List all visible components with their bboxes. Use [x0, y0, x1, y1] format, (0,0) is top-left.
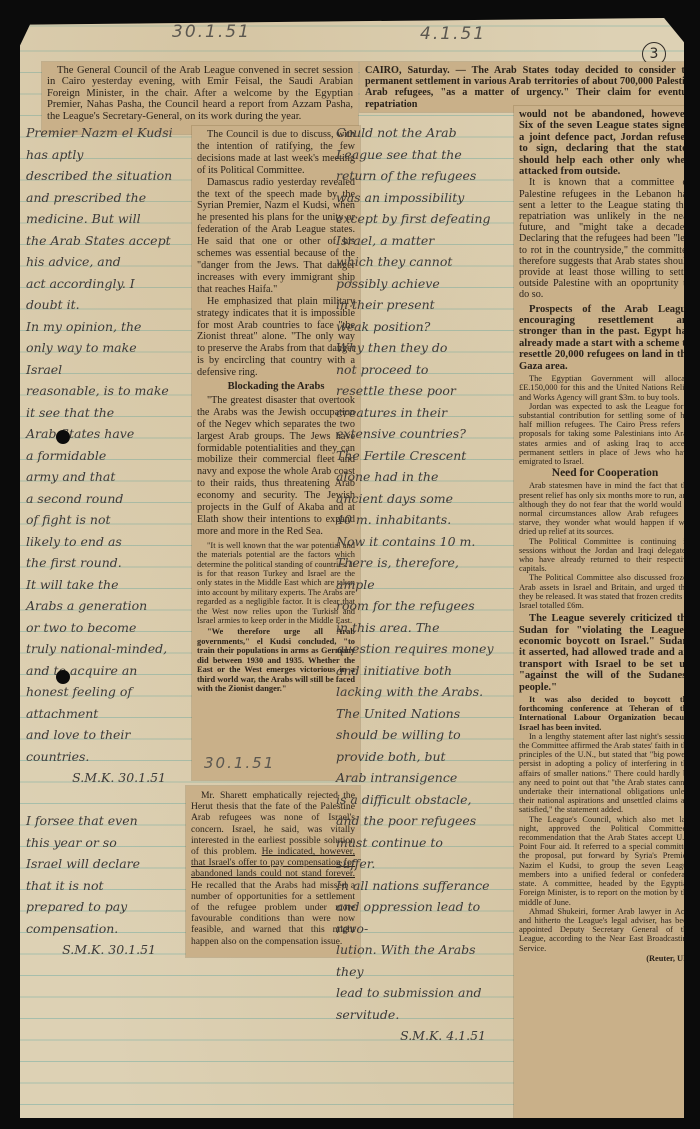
paragraph: The Political Committee also discussed f… [519, 573, 691, 610]
date-note-top-right: 4.1.51 [420, 24, 486, 44]
handwritten-line: should be willing to [336, 724, 496, 746]
handwritten-line: creatures in their [336, 402, 496, 424]
handwritten-line: provide both, but [336, 746, 496, 768]
handwritten-line: room for the refugees [336, 595, 496, 617]
handwritten-line: countries. [26, 746, 176, 768]
handwritten-line: ancient days some [336, 488, 496, 510]
paragraph: Ahmad Shukeiri, former Arab lawyer in Ac… [519, 907, 691, 953]
handwritten-line: Israel will declare [26, 853, 166, 875]
paragraph: "It is well known that the war potential… [197, 541, 355, 626]
paragraph: He emphasized that plain military strate… [197, 296, 355, 379]
handwritten-line: Arabs a generation [26, 595, 176, 617]
handwritten-line: extensive countries? [336, 423, 496, 445]
paragraph: "We therefore urge all Arab governments,… [197, 627, 355, 693]
handwritten-line: Israel, a matter [336, 230, 496, 252]
handwritten-line: alone had in the [336, 466, 496, 488]
paragraph: It was also decided to boycott the forth… [519, 695, 691, 732]
handwritten-line: 40 m. inhabitants. [336, 509, 496, 531]
handwritten-line: was an impossibility [336, 187, 496, 209]
handwritten-line: the Arab States accept [26, 230, 176, 252]
clipping-sharett: Mr. Sharett emphatically rejected the He… [186, 786, 360, 957]
handwritten-line: lution. With the Arabs they [336, 939, 496, 982]
cairo-lead-text: CAIRO, Saturday. — The Arab States today… [365, 65, 695, 110]
handwritten-line: prepared to pay [26, 896, 166, 918]
handwritten-line: There is, therefore, ample [336, 552, 496, 595]
signature: S.M.K. 4.1.51 [336, 1025, 496, 1047]
punch-hole [56, 670, 70, 684]
handwritten-line: a second round [26, 488, 176, 510]
handwritten-line: suffer. [336, 853, 496, 875]
handwritten-line: army and that [26, 466, 176, 488]
handwritten-line: and love to their [26, 724, 176, 746]
handwritten-line: Now it contains 10 m. [336, 531, 496, 553]
paragraph: Jordan was expected to ask the League fo… [519, 402, 691, 466]
handwritten-line: in this area. The [336, 617, 496, 639]
clipping-lead-text: The General Council of the Arab League c… [47, 65, 353, 122]
handwritten-line: return of the refugees [336, 165, 496, 187]
handwritten-line: is a difficult obstacle, [336, 789, 496, 811]
paragraph: In a lengthy statement after last night'… [519, 732, 691, 815]
handwritten-line: Arab intransigence [336, 767, 496, 789]
punch-hole [56, 430, 70, 444]
handwritten-line: must continue to [336, 832, 496, 854]
handwritten-line: honest feeling of [26, 681, 176, 703]
handwritten-line: that it is not [26, 875, 166, 897]
handwritten-line: and prescribed the [26, 187, 176, 209]
paragraph: The League severely criticized the Sudan… [519, 613, 691, 693]
paragraph: The Political Committee is continuing it… [519, 537, 691, 574]
paragraph: The Egyptian Government will allocate £E… [519, 374, 691, 402]
handwritten-line: likely to end as [26, 531, 176, 553]
text: He recalled that the Arabs had missed a … [191, 880, 355, 947]
handwritten-line: the first round. [26, 552, 176, 574]
clipping-kudsi-speech: The Council is due to discuss, with the … [192, 126, 360, 780]
handwritten-line: I forsee that even [26, 810, 166, 832]
handwritten-line: servitude. [336, 1004, 496, 1026]
handwritten-line: The United Nations [336, 703, 496, 725]
handwritten-line: his advice, and [26, 251, 176, 273]
handwritten-line: and oppression lead to revo- [336, 896, 496, 939]
handwritten-line: act accordingly. I [26, 273, 176, 295]
handwritten-line: of fight is not [26, 509, 176, 531]
handwritten-line: in their present [336, 294, 496, 316]
handwritten-line: reasonable, is to make [26, 380, 176, 402]
paragraph: Prospects of the Arab League encouraging… [519, 304, 691, 372]
handwritten-line: Could not the Arab [336, 122, 496, 144]
handwritten-line: In my opinion, the [26, 316, 176, 338]
date-note-top-left: 30.1.51 [172, 22, 251, 42]
handwritten-line: Why then they do [336, 337, 496, 359]
handwritten-line: described the situation [26, 165, 176, 187]
subheading-cooperation: Need for Cooperation [519, 468, 691, 479]
handwritten-line: possibly achieve [336, 273, 496, 295]
handwritten-line: Arab States have [26, 423, 176, 445]
sharett-text: Mr. Sharett emphatically rejected the He… [191, 790, 355, 947]
handwritten-line: only way to make Israel [26, 337, 176, 380]
handwritten-note-left-1: Premier Nazm el Kudsi has aptly describe… [26, 122, 176, 789]
handwritten-line: It will take the [26, 574, 176, 596]
handwritten-line: and initiative both [336, 660, 496, 682]
clipping-cairo-column: would not be abandoned, however. Six of … [514, 106, 696, 1118]
handwritten-line: medicine. But will [26, 208, 176, 230]
handwritten-line: not proceed to [336, 359, 496, 381]
paragraph: The Council is due to discuss, with the … [197, 129, 355, 177]
handwritten-line: The Fertile Crescent [336, 445, 496, 467]
handwritten-line: lead to submission and [336, 982, 496, 1004]
handwritten-line: attachment [26, 703, 176, 725]
paragraph: "The greatest disaster that overtook the… [197, 395, 355, 538]
handwritten-line: truly national-minded, [26, 638, 176, 660]
paragraph: Arab statesmen have in mind the fact tha… [519, 481, 691, 536]
handwritten-line: this year or so [26, 832, 166, 854]
handwritten-line: and the poor refugees [336, 810, 496, 832]
handwritten-line: and to acquire an [26, 660, 176, 682]
handwritten-line: Premier Nazm el Kudsi has aptly [26, 122, 176, 165]
date-note-mid: 30.1.51 [204, 754, 275, 772]
handwritten-line: doubt it. [26, 294, 176, 316]
subheading-blockading: Blockading the Arabs [197, 381, 355, 393]
paragraph: Damascus radio yesterday revealed the te… [197, 177, 355, 296]
credit-line: (Reuter, UP) [519, 953, 691, 964]
paragraph: The League's Council, which also met las… [519, 815, 691, 907]
handwritten-line: resettle these poor [336, 380, 496, 402]
handwritten-line: weak position? [336, 316, 496, 338]
handwritten-line: lacking with the Arabs. [336, 681, 496, 703]
handwritten-line: which they cannot [336, 251, 496, 273]
scrapbook-page: 30.1.51 4.1.51 3 The General Council of … [20, 18, 684, 1118]
handwritten-line: In all nations sufferance [336, 875, 496, 897]
handwritten-line: compensation. [26, 918, 166, 940]
handwritten-note-middle: Could not the Arab League see that the r… [336, 122, 496, 1047]
handwritten-line: it see that the [26, 402, 176, 424]
handwritten-note-left-2: I forsee that even this year or so Israe… [26, 810, 166, 961]
handwritten-line: League see that the [336, 144, 496, 166]
handwritten-line: except by first defeating [336, 208, 496, 230]
signature: S.M.K. 30.1.51 [26, 767, 176, 789]
handwritten-line: or two to become [26, 617, 176, 639]
handwritten-line: a formidable [26, 445, 176, 467]
clipping-cairo-lead: CAIRO, Saturday. — The Arab States today… [360, 62, 700, 112]
paragraph: It is known that a committee of Palestin… [519, 177, 691, 300]
paragraph: would not be abandoned, however. Six of … [519, 109, 691, 177]
signature: S.M.K. 30.1.51 [26, 939, 166, 961]
handwritten-line: question requires money [336, 638, 496, 660]
